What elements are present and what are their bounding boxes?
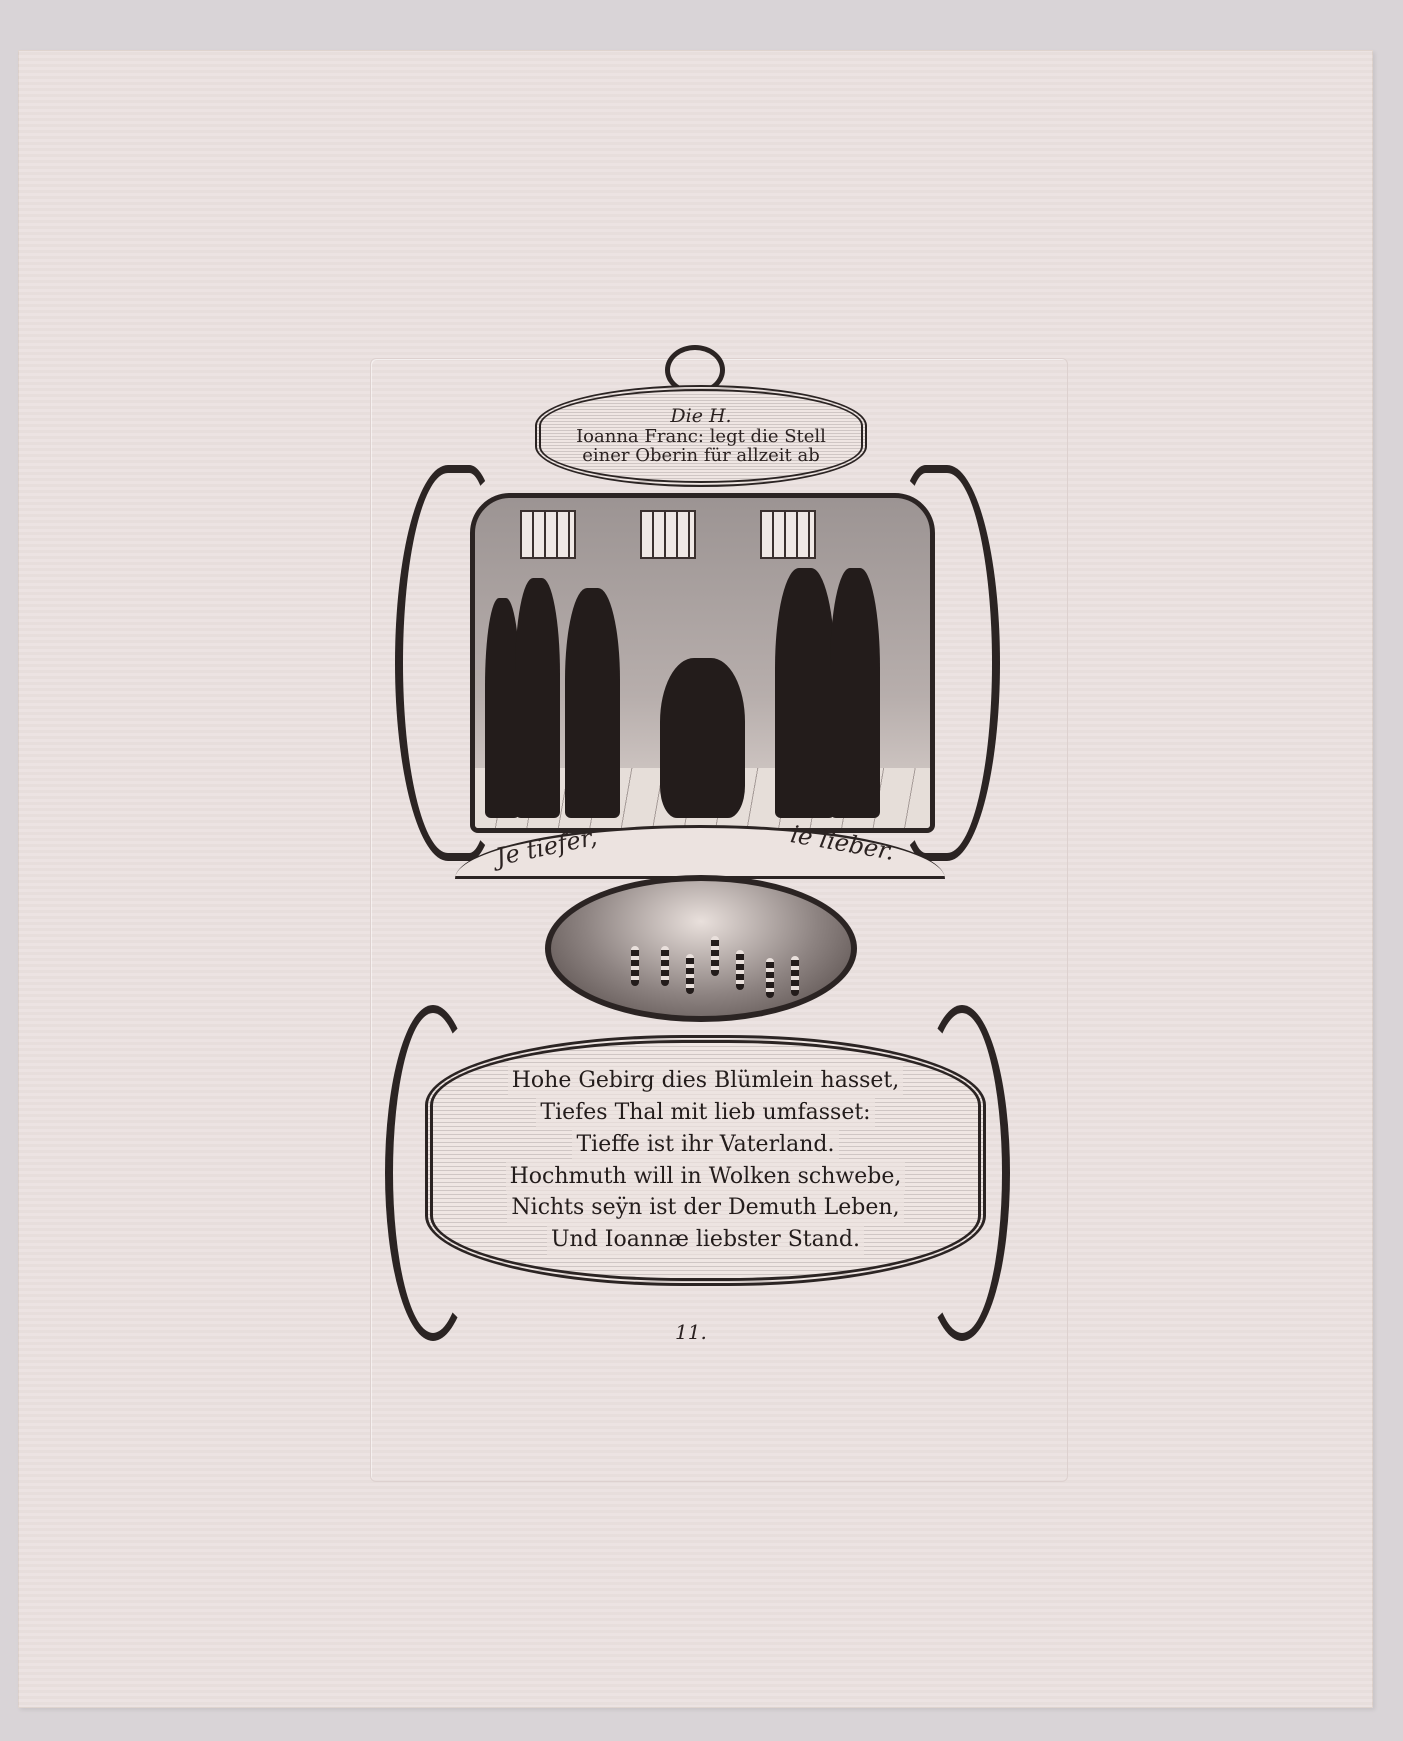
nun-figure [830, 568, 880, 818]
lily-icon [631, 946, 639, 986]
window [760, 510, 816, 559]
title-line-2: Ioanna Franc: legt die Stell [576, 427, 826, 447]
abbess-figure [775, 568, 835, 818]
nun-figure [515, 578, 560, 818]
title-line-1: Die H. [670, 406, 731, 427]
kneeling-nun-figure [660, 658, 745, 818]
lily-icon [686, 954, 694, 994]
lily-icon [661, 946, 669, 986]
lily-icon [711, 936, 719, 976]
verse-line: Tieffe ist ihr Vaterland. [572, 1129, 838, 1161]
window [520, 510, 576, 559]
lily-icon [736, 950, 744, 990]
verse-line: Hohe Gebirg dies Blümlein hasset, [508, 1065, 904, 1097]
main-scene-illustration [470, 493, 935, 833]
title-line-3: einer Oberin für allzeit ab [582, 446, 820, 466]
verse-cartouche: Hohe Gebirg dies Blümlein hasset, Tiefes… [425, 1035, 986, 1286]
verse-line: Nichts seÿn ist der Demuth Leben, [507, 1192, 903, 1224]
verse-line: Tiefes Thal mit lieb umfasset: [536, 1097, 874, 1129]
motto-banner: Je tiefer, ie lieber. [455, 815, 945, 875]
lily-valley-inset [545, 875, 857, 1022]
lily-icon [766, 958, 774, 998]
engraving: Die H. Ioanna Franc: legt die Stell eine… [385, 345, 1010, 1370]
plate-number: 11. [675, 1320, 707, 1344]
title-cartouche: Die H. Ioanna Franc: legt die Stell eine… [535, 385, 867, 487]
window [640, 510, 696, 559]
nun-figure [565, 588, 620, 818]
lily-icon [791, 956, 799, 996]
verse-line: Hochmuth will in Wolken schwebe, [506, 1161, 906, 1193]
verse-line: Und Ioannæ liebster Stand. [547, 1224, 864, 1256]
